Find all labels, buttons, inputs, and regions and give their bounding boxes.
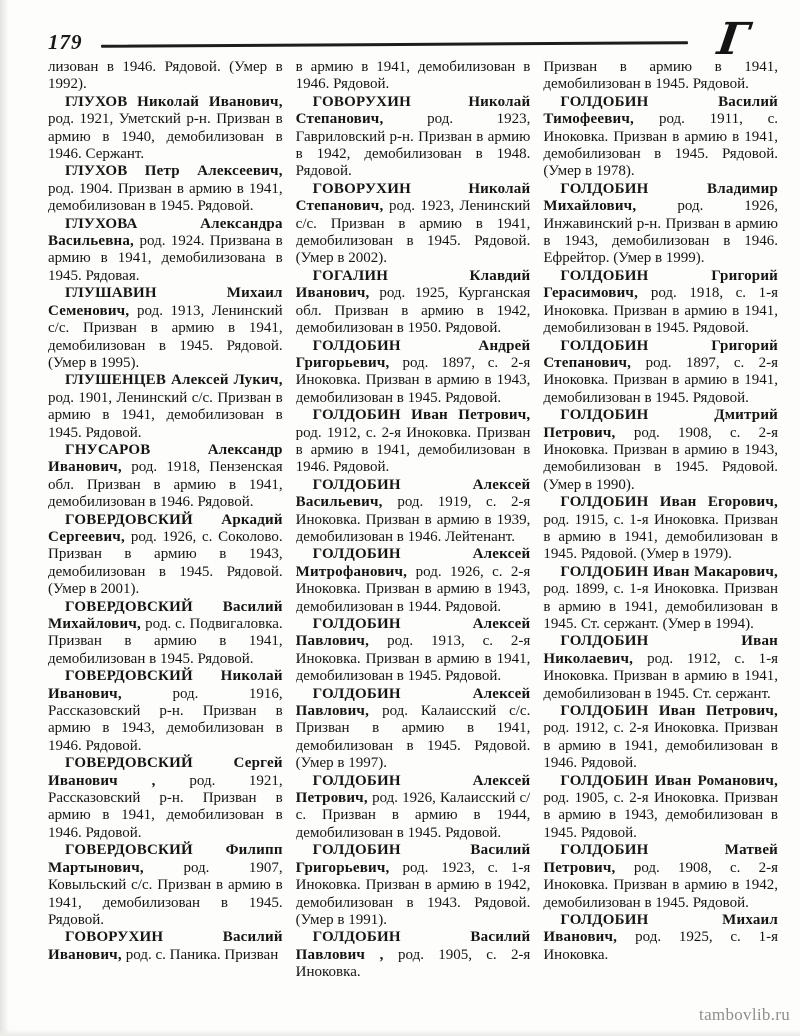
entry-paragraph: ГОВЕРДОВСКИЙ Василий Михайлович, род. с.… xyxy=(48,599,283,669)
entry-details: род. 1912, с. 2-я Иноковка. Призван в ар… xyxy=(543,720,778,771)
continuation-paragraph: лизован в 1946. Рядовой. (Умер в 1992). xyxy=(48,59,283,94)
page-edge-shadow-left xyxy=(0,0,9,1036)
entry-paragraph: ГОЛДОБИН Владимир Михайлович, род. 1926,… xyxy=(543,181,778,268)
entry-name: ГОЛДОБИН Иван Петрович, xyxy=(313,407,531,423)
entry-paragraph: ГОЛДОБИН Василий Григорьевич, род. 1923,… xyxy=(296,842,531,929)
entry-paragraph: ГОЛДОБИН Василий Тимофеевич, род. 1911, … xyxy=(543,94,778,181)
entry-paragraph: ГОЛДОБИН Матвей Петрович, род. 1908, с. … xyxy=(543,842,778,912)
entry-paragraph: ГЛУШАВИН Михаил Семенович, род. 1913, Ле… xyxy=(48,285,283,372)
page-number: 179 xyxy=(48,30,83,55)
entry-details: лизован в 1946. Рядовой. (Умер в 1992). xyxy=(48,59,283,92)
column-2: в армию в 1941, демобилизован в 1946. Ря… xyxy=(296,59,531,996)
entry-paragraph: ГОЛДОБИН Иван Петрович, род. 1912, с. 2-… xyxy=(296,407,531,477)
entry-paragraph: ГЛУХОВ Петр Алексеевич, род. 1904. Призв… xyxy=(48,163,283,215)
entry-paragraph: ГОЛДОБИН Дмитрий Петрович, род. 1908, с.… xyxy=(543,407,778,494)
entry-paragraph: ГОВОРУХИН Николай Степанович, род. 1923,… xyxy=(296,181,531,268)
page-edge-shadow-bottom xyxy=(0,1029,800,1036)
entry-paragraph: ГОЛДОБИН Андрей Григорьевич, род. 1897, … xyxy=(296,338,531,408)
entry-name: ГОЛДОБИН Иван Макарович, xyxy=(560,564,778,580)
entry-paragraph: ГОГАЛИН Клавдий Иванович, род. 1925, Кур… xyxy=(296,268,531,338)
continuation-paragraph: Призван в армию в 1941, демобилизован в … xyxy=(543,59,778,94)
entry-paragraph: ГОЛДОБИН Иван Егорович, род. 1915, с. 1-… xyxy=(543,494,778,564)
entry-paragraph: ГЛУХОВ Николай Иванович, род. 1921, Умет… xyxy=(48,94,283,164)
entry-paragraph: ГНУСАРОВ Александр Иванович, род. 1918, … xyxy=(48,442,283,512)
entry-details: род. 1912, с. 2-я Иноковка. Призван в ар… xyxy=(296,425,531,476)
entry-paragraph: ГОЛДОБИН Алексей Митрофанович, род. 1926… xyxy=(296,546,531,616)
entry-name: ГОЛДОБИН Иван Егорович, xyxy=(560,494,778,510)
entry-paragraph: ГОВЕРДОВСКИЙ Филипп Мартынович, род. 190… xyxy=(48,842,283,929)
entry-details: Призван в армию в 1941, демобилизован в … xyxy=(543,59,778,92)
entry-details: род. 1905, с. 2-я Иноковка. Призван в ар… xyxy=(543,790,778,841)
entry-details: род. 1899, с. 1-я Иноковка. Призван в ар… xyxy=(543,581,778,632)
entry-paragraph: ГОЛДОБИН Михаил Иванович, род. 1925, с. … xyxy=(543,912,778,964)
entry-paragraph: ГОВОРУХИН Николай Степанович, род. 1923,… xyxy=(296,94,531,181)
header-rule xyxy=(100,41,687,47)
text-columns: лизован в 1946. Рядовой. (Умер в 1992).Г… xyxy=(48,59,778,996)
entry-paragraph: ГОЛДОБИН Иван Романович, род. 1905, с. 2… xyxy=(543,773,778,843)
entry-name: ГЛУХОВ Николай Иванович, xyxy=(65,94,283,110)
entry-details: род. 1901, Ленинский с/с. Призван в арми… xyxy=(48,390,283,441)
entry-paragraph: ГОЛДОБИН Алексей Петрович, род. 1926, Ка… xyxy=(296,773,531,843)
entry-paragraph: ГОЛДОБИН Григорий Герасимович, род. 1918… xyxy=(543,268,778,338)
entry-paragraph: ГОЛДОБИН Иван Макарович, род. 1899, с. 1… xyxy=(543,564,778,634)
entry-paragraph: ГЛУХОВА Александра Васильевна, род. 1924… xyxy=(48,216,283,286)
entry-paragraph: ГОЛДОБИН Алексей Павлович, род. Калаисск… xyxy=(296,686,531,773)
page-header: 179 Г xyxy=(48,24,778,64)
entry-paragraph: ГОЛДОБИН Алексей Павлович, род. 1913, с.… xyxy=(296,616,531,686)
entry-paragraph: ГОЛДОБИН Григорий Степанович, род. 1897,… xyxy=(543,338,778,408)
entry-paragraph: ГЛУШЕНЦЕВ Алексей Лукич, род. 1901, Лени… xyxy=(48,372,283,442)
entry-details: род. 1915, с. 1-я Иноковка. Призван в ар… xyxy=(543,512,778,563)
entry-paragraph: ГОВЕРДОВСКИЙ Сергей Иванович , род. 1921… xyxy=(48,755,283,842)
entry-name: ГЛУШЕНЦЕВ Алексей Лукич, xyxy=(65,372,283,388)
watermark: tambovlib.ru xyxy=(699,1005,790,1025)
entry-paragraph: ГОЛДОБИН Василий Павлович , род. 1905, с… xyxy=(296,929,531,981)
entry-paragraph: ГОЛДОБИН Алексей Васильевич, род. 1919, … xyxy=(296,477,531,547)
entry-paragraph: ГОВЕРДОВСКИЙ Аркадий Сергеевич, род. 192… xyxy=(48,512,283,599)
continuation-paragraph: в армию в 1941, демобилизован в 1946. Ря… xyxy=(296,59,531,94)
entry-paragraph: ГОЛДОБИН Иван Петрович, род. 1912, с. 2-… xyxy=(543,703,778,773)
entry-name: ГОЛДОБИН Иван Петрович, xyxy=(560,703,778,719)
entry-paragraph: ГОЛДОБИН Иван Николаевич, род. 1912, с. … xyxy=(543,633,778,703)
entry-paragraph: ГОВОРУХИН Василий Иванович, род. с. Пани… xyxy=(48,929,283,964)
column-3: Призван в армию в 1941, демобилизован в … xyxy=(543,59,778,996)
entry-details: в армию в 1941, демобилизован в 1946. Ря… xyxy=(296,59,531,92)
entry-paragraph: ГОВЕРДОВСКИЙ Николай Иванович, род. 1916… xyxy=(48,668,283,755)
column-1: лизован в 1946. Рядовой. (Умер в 1992).Г… xyxy=(48,59,283,996)
entry-name: ГЛУХОВ Петр Алексеевич, xyxy=(65,163,283,179)
section-letter: Г xyxy=(715,20,751,60)
entry-details: род. 1904. Призван в армию в 1941, демоб… xyxy=(48,181,283,214)
entry-name: ГОЛДОБИН Иван Романович, xyxy=(560,773,778,789)
entry-details: род. 1921, Уметский р-н. Призван в армию… xyxy=(48,111,283,162)
entry-details: род. с. Паника. Призван xyxy=(126,947,278,963)
